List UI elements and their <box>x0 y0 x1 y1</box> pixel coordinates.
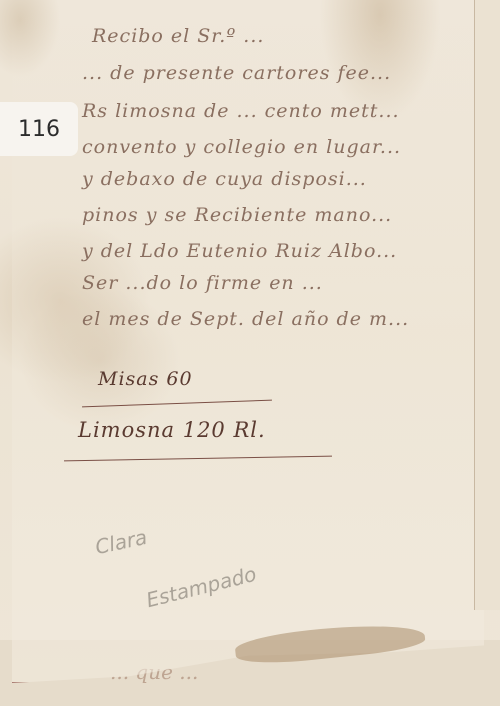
manuscript-line: ... de presente cartores fee... <box>82 62 391 84</box>
manuscript-line: Recibo el Sr.º ... <box>92 25 264 47</box>
manuscript-line: el mes de Sept. del año de m... <box>82 308 409 330</box>
manuscript-line: y del Ldo Eutenio Ruiz Albo... <box>82 240 397 262</box>
archive-number-label: 116 <box>0 102 78 156</box>
manuscript-line: pinos y se Recibiente mano... <box>82 204 392 226</box>
masses-amount: Misas 60 <box>98 368 193 390</box>
adjacent-page-edge <box>474 0 500 610</box>
alms-amount: Limosna 120 Rl. <box>78 418 266 442</box>
manuscript-line: Rs limosna de ... cento mett... <box>82 100 400 122</box>
manuscript-line: y debaxo de cuya disposi... <box>82 168 367 190</box>
manuscript-line: Ser ...do lo firme en ... <box>82 272 323 294</box>
manuscript-line: convento y collegio en lugar... <box>82 136 401 158</box>
archive-number: 116 <box>18 117 60 142</box>
